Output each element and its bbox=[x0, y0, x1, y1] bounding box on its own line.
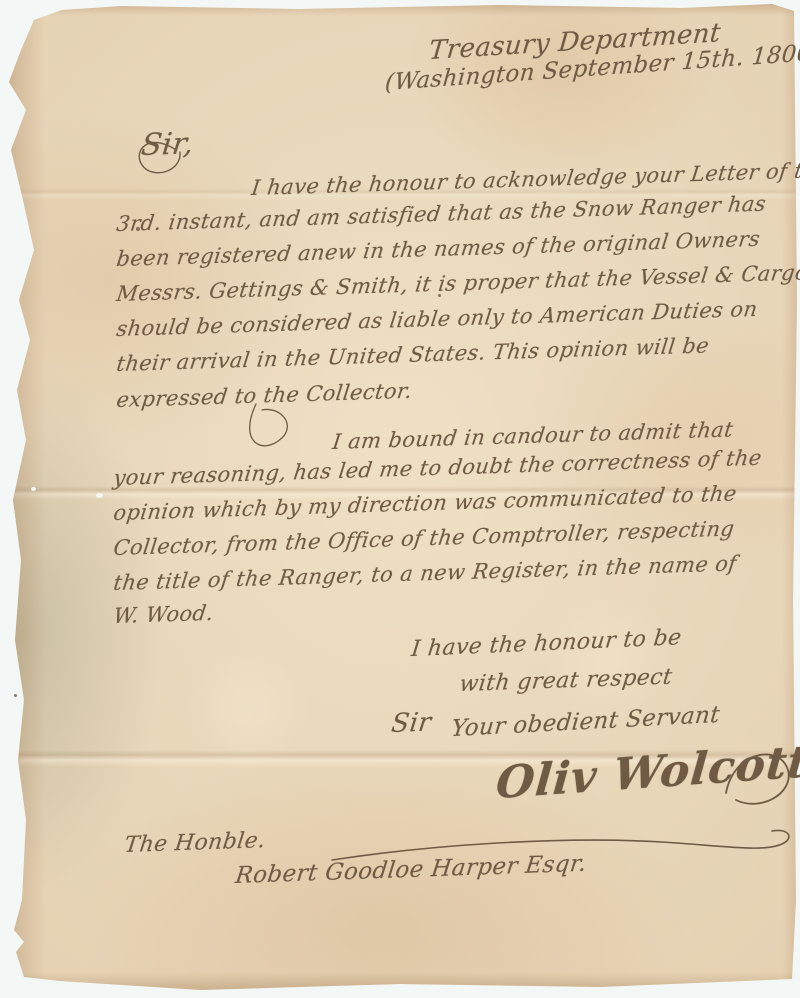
address-line: The Honble. bbox=[124, 828, 266, 858]
paper-hole bbox=[96, 493, 103, 498]
paper-hole bbox=[31, 487, 36, 491]
ink-speck bbox=[14, 694, 17, 697]
closing-line: Sir bbox=[391, 708, 432, 739]
salutation: Sir, bbox=[141, 126, 195, 163]
letter-scan: Treasury Department (Washington Septembe… bbox=[0, 0, 800, 998]
body-line: W. Wood. bbox=[113, 601, 214, 628]
